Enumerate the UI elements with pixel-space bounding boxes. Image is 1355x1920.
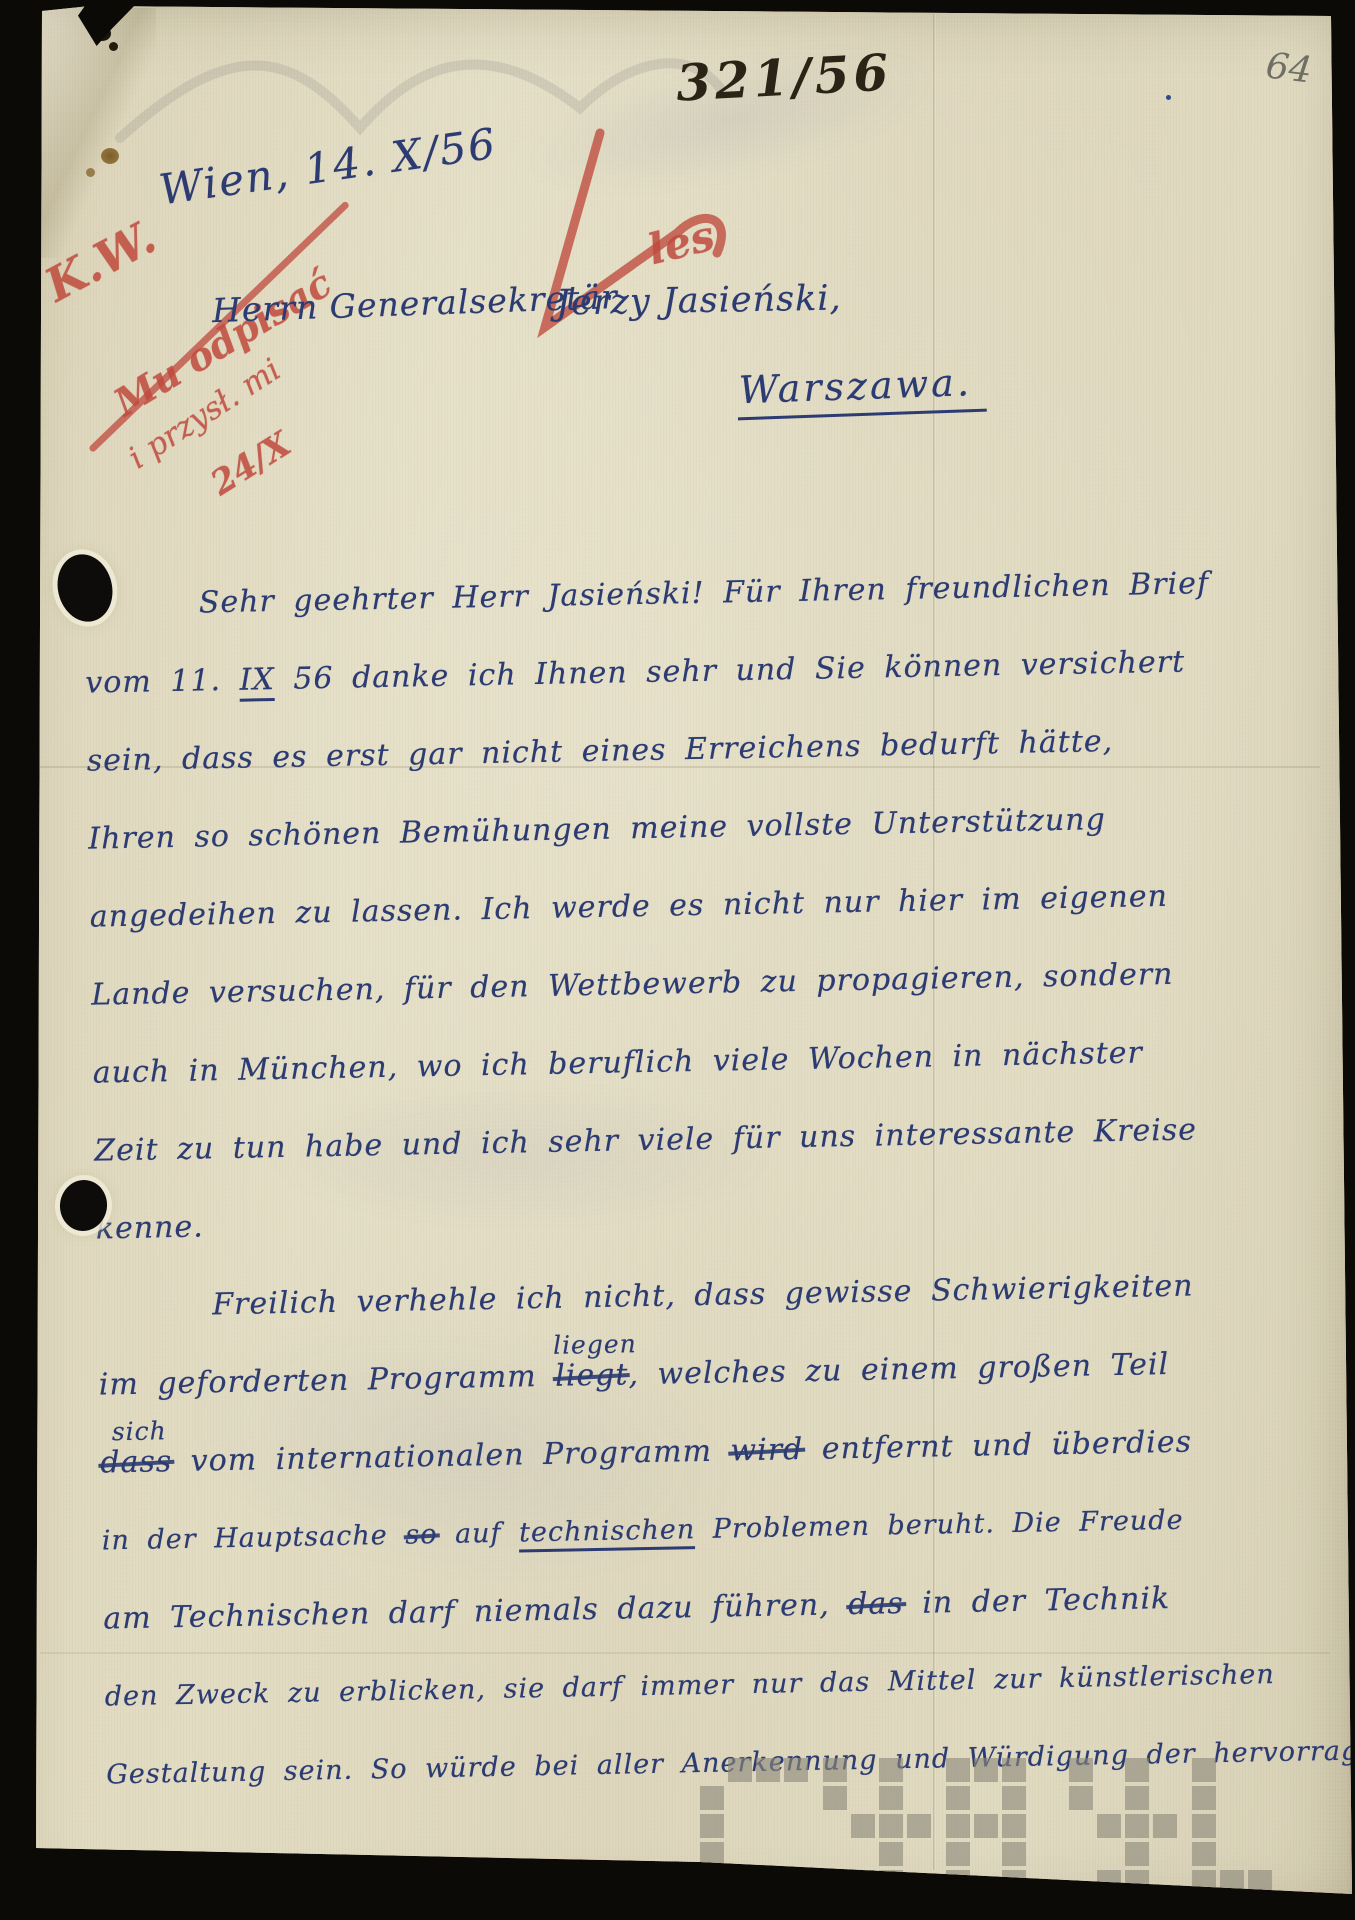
cyryl-watermark — [700, 1758, 1315, 1894]
paper-sheet: 321/56 64 K.W. Mu odpisać i przysł. mi 2… — [0, 0, 1355, 1920]
tear-spot — [109, 42, 118, 51]
watermark-letter — [946, 1758, 1054, 1894]
letter-body: Sehr geehrter Herr Jasieński! Für Ihren … — [83, 546, 1207, 1815]
recipient-city: Warszawa. — [736, 360, 987, 421]
ink-dot — [1166, 95, 1171, 100]
scanned-letter-page: 321/56 64 K.W. Mu odpisać i przysł. mi 2… — [0, 0, 1355, 1920]
page-number: 64 — [1264, 45, 1314, 91]
watermark-letter — [1069, 1758, 1177, 1894]
rust-stain — [86, 168, 95, 177]
recipient-name: Jerzy Jasieński, — [556, 279, 842, 324]
watermark-letter — [700, 1758, 808, 1894]
rust-stain — [101, 148, 119, 164]
archive-number: 321/56 — [675, 42, 894, 112]
watermark-letter — [1192, 1758, 1300, 1894]
watermark-letter — [823, 1758, 931, 1894]
